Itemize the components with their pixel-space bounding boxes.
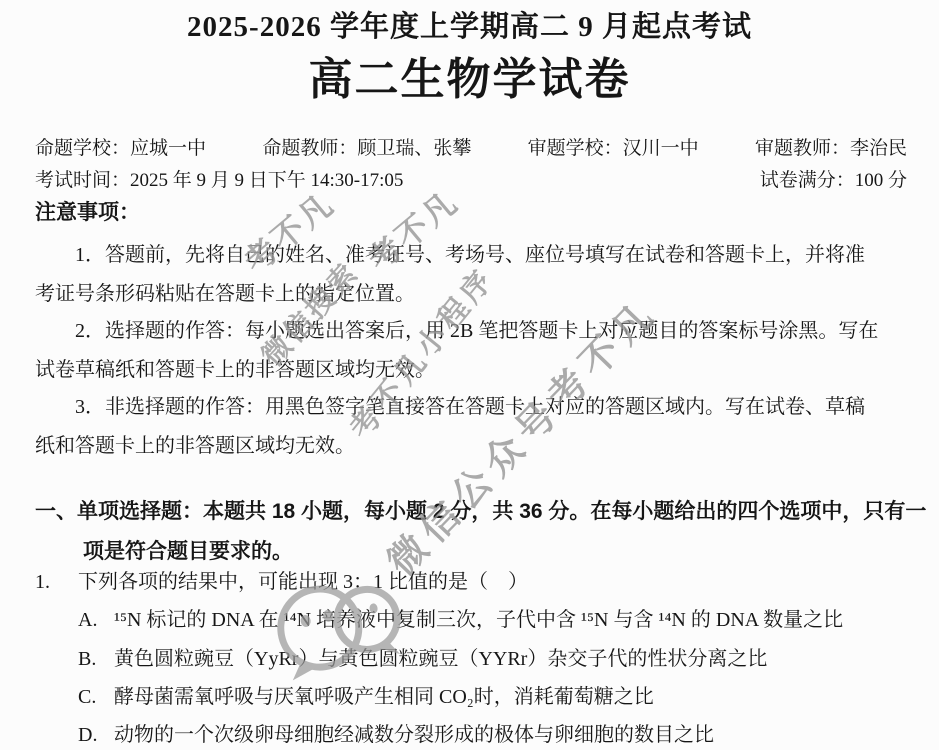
notice-item-1-line-2: 考证号条形码粘贴在答题卡上的指定位置。 [35, 275, 907, 314]
notice-item-2-line-2: 试卷草稿纸和答题卡上的非答题区域均无效。 [35, 351, 907, 390]
paper-meta-row-2: 考试时间：2025 年 9 月 9 日下午 14:30-17:05 试卷满分：1… [35, 168, 907, 194]
question-1-option-a: A.¹⁵N 标记的 DNA 在 ¹⁴N 培养液中复制三次，子代中含 ¹⁵N 与含… [78, 604, 919, 636]
notice-item-1-line-1: 1．答题前，先将自己的姓名、准考证号、考场号、座位号填写在试卷和答题卡上，并将准 [35, 236, 907, 275]
question-1-option-d: D.动物的一个次级卵母细胞经减数分裂形成的极体与卵细胞的数目之比 [78, 719, 919, 750]
option-d-label: D. [78, 719, 114, 750]
notice-heading: 注意事项： [35, 198, 140, 228]
section-one-heading: 一、单项选择题：本题共 18 小题，每小题 2 分，共 36 分。在每小题给出的… [35, 492, 909, 572]
option-c-label: C. [78, 681, 114, 713]
section-one-heading-line-1: 一、单项选择题：本题共 18 小题，每小题 2 分，共 36 分。在每小题给出的… [35, 492, 909, 532]
option-c-text: 酵母菌需氧呼吸与厌氧呼吸产生相同 CO₂时，消耗葡萄糖之比 [114, 686, 654, 708]
notice-item-1: 1．答题前，先将自己的姓名、准考证号、考场号、座位号填写在试卷和答题卡上，并将准… [35, 236, 907, 314]
option-a-text: ¹⁵N 标记的 DNA 在 ¹⁴N 培养液中复制三次，子代中含 ¹⁵N 与含 ¹… [114, 609, 843, 631]
question-1-option-c: C.酵母菌需氧呼吸与厌氧呼吸产生相同 CO₂时，消耗葡萄糖之比 [78, 681, 919, 713]
option-b-label: B. [78, 643, 114, 675]
question-1-number: 1. [35, 566, 78, 598]
paper-meta-row-1: 命题学校：应城一中 命题教师：顾卫瑞、张攀 审题学校：汉川一中 审题教师：李治民 [35, 136, 907, 162]
notice-item-2: 2．选择题的作答：每小题选出答案后，用 2B 笔把答题卡上对应题目的答案标号涂黑… [35, 312, 907, 390]
setter-school: 命题学校：应城一中 [35, 136, 206, 162]
exam-session-title: 2025-2026 学年度上学期高二 9 月起点考试 [0, 8, 939, 46]
notice-item-3-line-1: 3．非选择题的作答：用黑色签字笔直接答在答题卡上对应的答题区域内。写在试卷、草稿 [35, 388, 907, 427]
full-score: 试卷满分：100 分 [760, 168, 907, 194]
exam-time: 考试时间：2025 年 9 月 9 日下午 14:30-17:05 [35, 168, 403, 194]
question-1-option-b: B.黄色圆粒豌豆（YyRr）与黄色圆粒豌豆（YYRr）杂交子代的性状分离之比 [78, 643, 919, 675]
exam-paper: 2025-2026 学年度上学期高二 9 月起点考试 高二生物学试卷 命题学校：… [0, 0, 939, 750]
option-d-text: 动物的一个次级卵母细胞经减数分裂形成的极体与卵细胞的数目之比 [114, 724, 714, 746]
notice-item-3: 3．非选择题的作答：用黑色签字笔直接答在答题卡上对应的答题区域内。写在试卷、草稿… [35, 388, 907, 466]
notice-item-3-line-2: 纸和答题卡上的非答题区域均无效。 [35, 427, 907, 466]
notice-item-2-line-1: 2．选择题的作答：每小题选出答案后，用 2B 笔把答题卡上对应题目的答案标号涂黑… [35, 312, 907, 351]
reviewer-teacher: 审题教师：李治民 [755, 136, 907, 162]
setter-teachers: 命题教师：顾卫瑞、张攀 [262, 136, 471, 162]
option-a-label: A. [78, 604, 114, 636]
option-b-text: 黄色圆粒豌豆（YyRr）与黄色圆粒豌豆（YYRr）杂交子代的性状分离之比 [114, 648, 767, 670]
paper-title: 高二生物学试卷 [0, 50, 939, 110]
reviewer-school: 审题学校：汉川一中 [528, 136, 699, 162]
question-1-text: 下列各项的结果中，可能出现 3：1 比值的是（ ） [78, 571, 528, 593]
question-1: 1.下列各项的结果中，可能出现 3：1 比值的是（ ） [35, 566, 909, 598]
